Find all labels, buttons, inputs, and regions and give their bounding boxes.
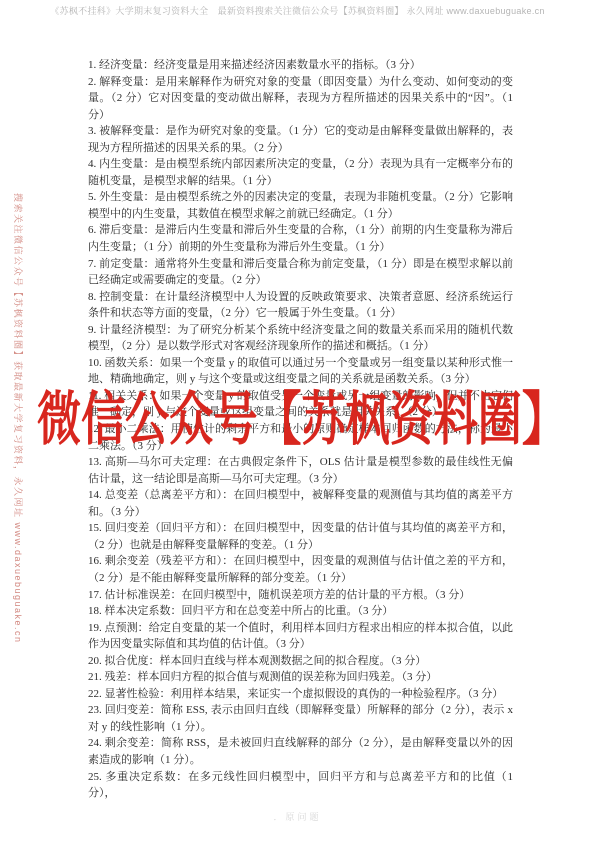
- definition-item: 24. 剩余变差：简称 RSS，是未被回归直线解释的部分（2 分），是由解释变量…: [88, 735, 513, 768]
- definition-item: 1. 经济变量：经济变量是用来描述经济因素数量水平的指标。（3 分）: [88, 57, 513, 74]
- definition-item: 3. 被解释变量：是作为研究对象的变量。（1 分）它的变动是由解释变量做出解释的…: [88, 123, 513, 156]
- definition-item: 18. 样本决定系数：回归平方和在总变差中所占的比重。（3 分）: [88, 603, 513, 620]
- definition-item: 21. 残差：样本回归方程的拟合值与观测值的误差称为回归残差。（3 分）: [88, 669, 513, 686]
- definition-item: 5. 外生变量：是由模型系统之外的因素决定的变量，表现为非随机变量。（2 分）它…: [88, 189, 513, 222]
- definition-item: 2. 解释变量：是用来解释作为研究对象的变量（即因变量）为什么变动、如何变动的变…: [88, 74, 513, 124]
- definition-item: 20. 拟合优度：样本回归直线与样本观测数据之间的拟合程度。（3 分）: [88, 653, 513, 670]
- definition-item: 7. 前定变量：通常将外生变量和滞后变量合称为前定变量，（1 分）即是在模型求解…: [88, 256, 513, 289]
- definition-item: 4. 内生变量：是由模型系统内部因素所决定的变量，（2 分）表现为具有一定概率分…: [88, 156, 513, 189]
- definition-item: 8. 控制变量：在计量经济模型中人为设置的反映政策要求、决策者意愿、经济系统运行…: [88, 289, 513, 322]
- left-vertical-watermark: 搜索关注微信公众号【苏枫资料圈】获取最新大学复习资料，永久网址 www.daxu…: [11, 193, 24, 705]
- top-watermark-header: 《苏枫不挂科》大学期末复习资料大全 最新资料搜索关注微信公众号【苏枫资料圈】 永…: [0, 5, 595, 17]
- definition-item: 6. 滞后变量：是滞后内生变量和滞后外生变量的合称，（1 分）前期的内生变量称为…: [88, 222, 513, 255]
- definition-item: 10. 函数关系：如果一个变量 y 的取值可以通过另一个变量或另一组变量以某种形…: [88, 355, 513, 388]
- definition-item: 22. 显著性检验：利用样本结果，来证实一个虚拟假设的真伪的一种检验程序。（3 …: [88, 686, 513, 703]
- definition-item: 13. 高斯—马尔可夫定理：在古典假定条件下，OLS 估计量是模型参数的最佳线性…: [88, 454, 513, 487]
- definition-item: 23. 回归变差：简称 ESS, 表示由回归直线（即解释变量）所解释的部分（2 …: [88, 702, 513, 735]
- footer-faint-text: ．原问题: [0, 811, 595, 823]
- center-red-watermark: 微信公众号【苏枫资料圈】: [37, 385, 566, 455]
- definition-item: 16. 剩余变差（残差平方和）：在回归模型中，因变量的观测值与估计值之差的平方和…: [88, 553, 513, 586]
- definition-item: 25. 多重决定系数：在多元线性回归模型中，回归平方和与总离差平方和的比值（1 …: [88, 769, 513, 802]
- definition-item: 9. 计量经济模型：为了研究分析某个系统中经济变量之间的数量关系而采用的随机代数…: [88, 322, 513, 355]
- definition-item: 17. 估计标准误差：在回归模型中，随机误差项方差的估计量的平方根。（3 分）: [88, 587, 513, 604]
- definition-item: 15. 回归变差（回归平方和）：在回归模型中，因变量的估计值与其均值的离差平方和…: [88, 520, 513, 553]
- definition-item: 19. 点预测：给定自变量的某一个值时，利用样本回归方程求出相应的样本拟合值，以…: [88, 620, 513, 653]
- definition-item: 14. 总变差（总离差平方和）：在回归模型中，被解释变量的观测值与其均值的离差平…: [88, 487, 513, 520]
- document-page: 《苏枫不挂科》大学期末复习资料大全 最新资料搜索关注微信公众号【苏枫资料圈】 永…: [0, 0, 595, 841]
